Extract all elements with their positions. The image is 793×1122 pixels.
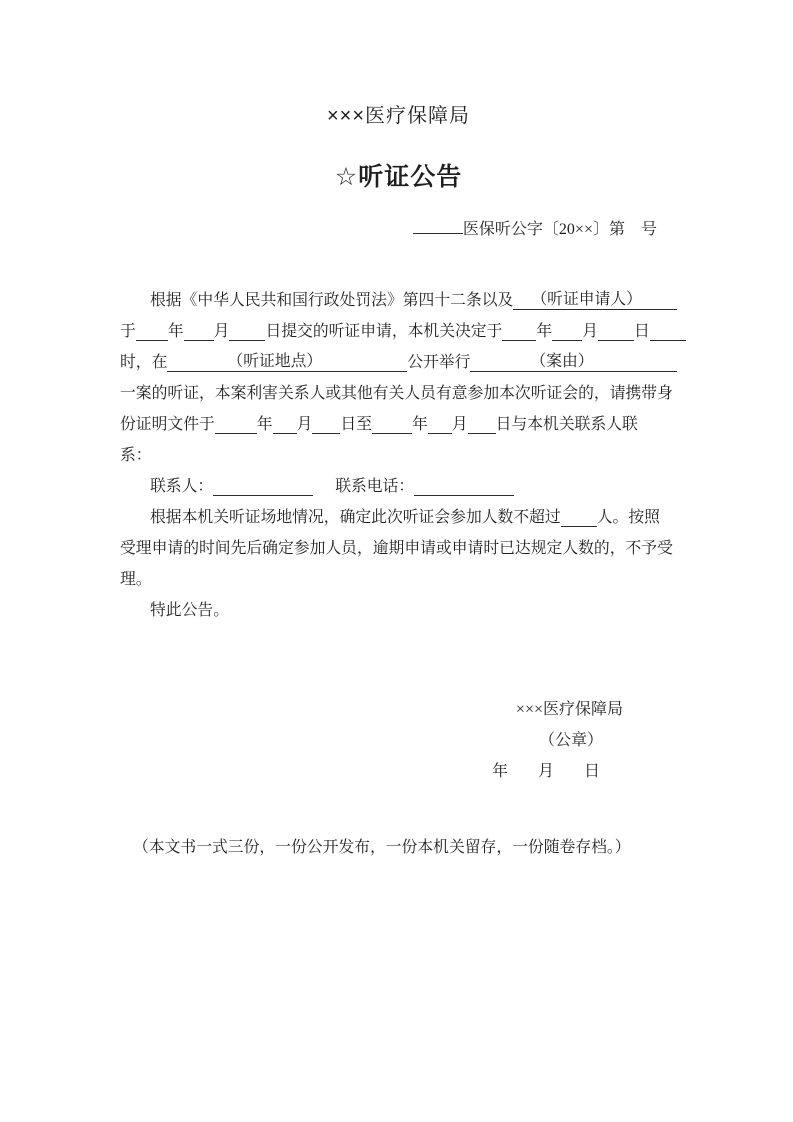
doc-number-suffix: 号: [641, 221, 657, 238]
document-page: ×××医疗保障局 ☆听证公告 医保听公字〔20××〕第号 根据《中华人民共和国行…: [0, 0, 793, 1122]
doc-title-text: 听证公告: [358, 163, 462, 191]
body-line-2: 于年月日提交的听证申请，本机关决定于年月日: [120, 314, 677, 345]
month-label-4: 月: [452, 415, 468, 434]
capacity-end-text: 人。按照: [597, 508, 660, 527]
doc-number-line: 医保听公字〔20××〕第号: [120, 219, 677, 241]
cause-blank-right: [594, 371, 677, 372]
contact-line: 联系人：联系电话：: [120, 469, 677, 500]
body-line-9: 受理申请的时间先后确定参加人员，逾期申请或申请时已达规定人数的，不予受: [120, 531, 677, 562]
on-text: 于: [120, 322, 136, 341]
day-blank-4: [468, 433, 496, 434]
closing-line: 特此公告。: [120, 593, 677, 624]
sig-month-label: 月: [538, 763, 554, 780]
day-blank-3: [312, 433, 340, 434]
hold-publicly-text: 公开举行: [407, 353, 470, 372]
month-blank-3: [273, 433, 297, 434]
submit-decision-text: 日提交的听证申请，本机关决定于: [265, 322, 502, 341]
day-blank-1: [229, 340, 265, 341]
body-line-10: 理。: [120, 562, 677, 593]
sig-day-label: 日: [584, 763, 600, 780]
year-label-1: 年: [168, 322, 184, 341]
hour-blank: [650, 340, 686, 341]
month-blank-1: [184, 340, 214, 341]
day-contact-text: 日与本机关联系人联: [496, 415, 638, 434]
applicant-blank-left: [513, 309, 531, 310]
contact-phone-label: 联系电话：: [335, 477, 414, 496]
month-blank-2: [552, 340, 582, 341]
year-blank-1: [136, 340, 168, 341]
acceptance-rule-end-text: 理。: [120, 570, 152, 589]
year-blank-3: [215, 433, 257, 434]
month-label-3: 月: [297, 415, 313, 434]
contact-phone-blank: [414, 495, 514, 496]
signature-org-name: ×××医疗保障局: [120, 694, 677, 725]
year-blank-4: [372, 433, 412, 434]
capacity-text: 根据本机关听证场地情况，确定此次听证会参加人数不超过: [150, 508, 561, 527]
venue-blank-left: [167, 371, 227, 372]
signature-seal-note: （公章）: [120, 725, 677, 756]
month-blank-4: [428, 433, 452, 434]
sig-year-label: 年: [492, 763, 508, 780]
year-label-2: 年: [536, 322, 552, 341]
body-line-3: 时，在（听证地点）公开举行（案由）: [120, 345, 677, 376]
acceptance-rule-text: 受理申请的时间先后确定参加人员，逾期申请或申请时已达规定人数的，不予受: [120, 539, 673, 558]
contact-person-blank: [213, 495, 313, 496]
signature-date-line: 年月日: [120, 756, 677, 787]
time-at-text: 时，在: [120, 353, 167, 372]
body-line-1: 根据《中华人民共和国行政处罚法》第四十二条以及（听证申请人）: [120, 283, 677, 314]
year-label-3: 年: [257, 415, 273, 434]
applicant-blank-right: [642, 309, 677, 310]
cause-blank-left: [470, 371, 530, 372]
document-content: ×××医疗保障局 ☆听证公告 医保听公字〔20××〕第号 根据《中华人民共和国行…: [0, 0, 793, 859]
day-to-text: 日至: [340, 415, 372, 434]
day-label-2: 日: [634, 322, 650, 341]
doc-number-blank: [413, 233, 463, 234]
footer-note: （本文书一式三份，一份公开发布，一份本机关留存，一份随卷存档。）: [120, 837, 677, 859]
applicant-placeholder: （听证申请人）: [531, 290, 642, 310]
doc-title: ☆听证公告: [120, 162, 677, 192]
org-name-header: ×××医疗保障局: [120, 103, 677, 129]
year-label-4: 年: [412, 415, 428, 434]
legal-basis-text: 根据《中华人民共和国行政处罚法》第四十二条以及: [150, 291, 513, 310]
day-blank-2: [598, 340, 634, 341]
body-line-4: 一案的听证，本案利害关系人或其他有关人员有意参加本次听证会的，请携带身: [120, 376, 677, 407]
body-line-5: 份证明文件于年月日至年月日与本机关联系人联: [120, 407, 677, 438]
case-hearing-text: 一案的听证，本案利害关系人或其他有关人员有意参加本次听证会的，请携带身: [120, 384, 673, 403]
doc-number-prefix: 医保听公字〔20××〕第: [463, 221, 625, 238]
venue-blank-right: [322, 371, 407, 372]
body-line-6: 系：: [120, 438, 677, 469]
closing-text: 特此公告。: [150, 601, 229, 620]
star-icon: ☆: [335, 163, 358, 191]
body-line-8: 根据本机关听证场地情况，确定此次听证会参加人数不超过人。按照: [120, 500, 677, 531]
signature-block: ×××医疗保障局 （公章） 年月日: [120, 694, 677, 787]
month-label-1: 月: [214, 322, 230, 341]
year-blank-2: [502, 340, 536, 341]
cause-placeholder: （案由）: [530, 352, 593, 372]
month-label-2: 月: [582, 322, 598, 341]
max-attendee-blank: [561, 526, 597, 527]
contact-person-label: 联系人：: [150, 477, 213, 496]
contact-wrap-text: 系：: [120, 446, 152, 465]
venue-placeholder: （听证地点）: [227, 352, 322, 372]
id-document-text: 份证明文件于: [120, 415, 215, 434]
document-body: 根据《中华人民共和国行政处罚法》第四十二条以及（听证申请人） 于年月日提交的听证…: [120, 283, 677, 624]
